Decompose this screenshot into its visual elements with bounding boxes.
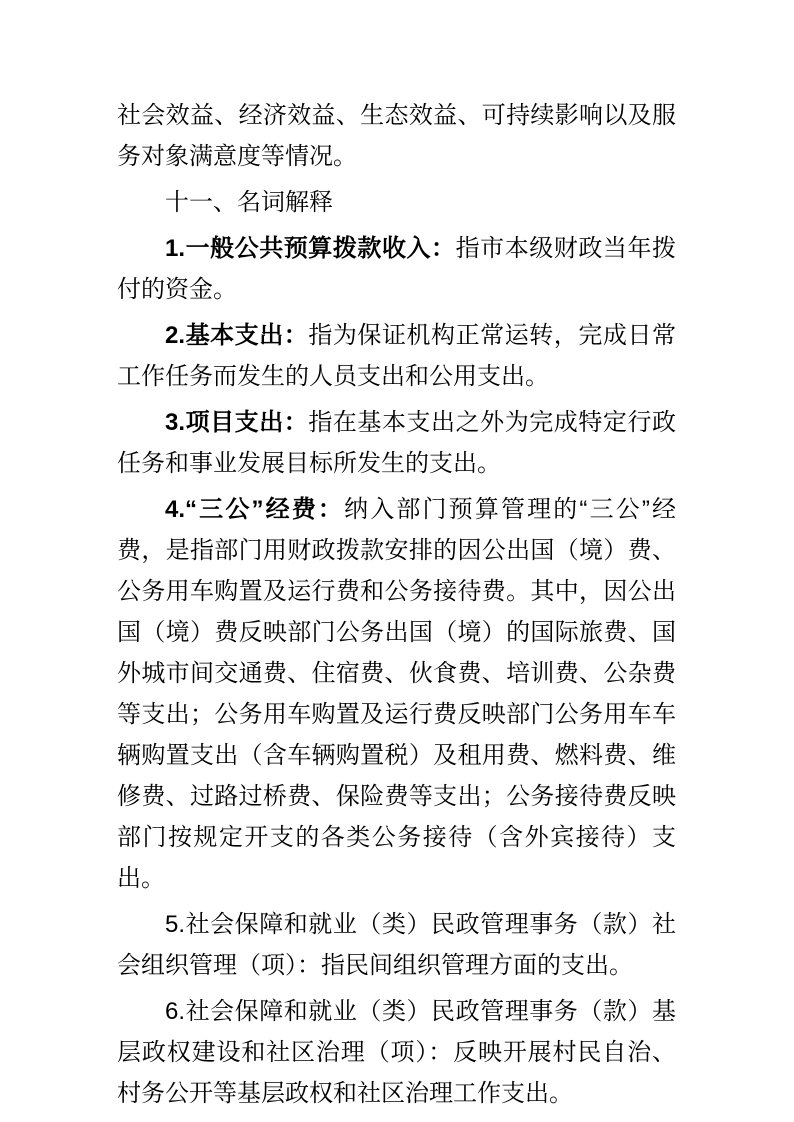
term-text-6: 6.社会保障和就业（类）民政管理事务（款）基层政权建设和社区治理（项）：反映开展… [117,998,676,1107]
document-content: 社会效益、经济效益、生态效益、可持续影响以及服务对象满意度等情况。 十一、名词解… [0,0,794,1114]
term-name-2: 2.基本支出： [165,322,308,349]
document-page: 社会效益、经济效益、生态效益、可持续影响以及服务对象满意度等情况。 十一、名词解… [0,0,794,1122]
term-name-1: 1.一般公共预算拨款收入： [165,235,456,262]
term-definition-6: 6.社会保障和就业（类）民政管理事务（款）基层政权建设和社区治理（项）：反映开展… [117,991,676,1114]
term-definition-5: 5.社会保障和就业（类）民政管理事务（款）社会组织管理（项）：指民间组织管理方面… [117,904,676,986]
section-heading-glossary: 十一、名词解释 [117,182,676,223]
term-definition-4: 4.“三公”经费：纳入部门预算管理的“三公”经费，是指部门用财政拨款安排的因公出… [117,489,676,899]
paragraph-continuation: 社会效益、经济效益、生态效益、可持续影响以及服务对象满意度等情况。 [117,95,676,177]
term-text-5: 5.社会保障和就业（类）民政管理事务（款）社会组织管理（项）：指民间组织管理方面… [117,911,676,979]
term-name-3: 3.项目支出： [165,409,308,436]
term-name-4: 4.“三公”经费： [165,496,344,523]
term-definition-1: 1.一般公共预算拨款收入：指市本级财政当年拨付的资金。 [117,228,676,310]
term-definition-2: 2.基本支出：指为保证机构正常运转，完成日常工作任务而发生的人员支出和公用支出。 [117,315,676,397]
term-text-4: 纳入部门预算管理的“三公”经费，是指部门用财政拨款安排的因公出国（境）费、公务用… [117,496,676,892]
term-definition-3: 3.项目支出：指在基本支出之外为完成特定行政任务和事业发展目标所发生的支出。 [117,402,676,484]
